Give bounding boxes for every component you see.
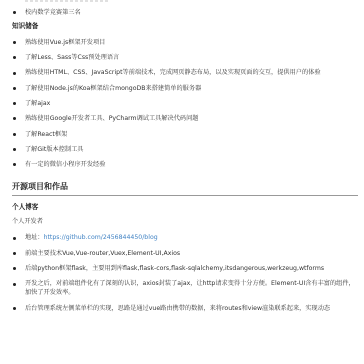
project-role: 个人开发者 — [12, 217, 358, 226]
education-list: 校内数学竞赛第三名 — [12, 8, 358, 23]
list-item: 了解React框架 — [12, 130, 358, 145]
list-item: 熟练使用Vue.js框架开发项目 — [12, 38, 358, 53]
github-link[interactable]: https://github.com/2456844450/blog — [44, 234, 158, 241]
list-item: 后台管理系统左侧菜单栏的实现，思路是通过vue路由携带的数据，来将routes和… — [12, 304, 358, 313]
project-details-list: 地址：https://github.com/2456844450/blog 前端… — [12, 233, 358, 312]
address-label: 地址： — [25, 234, 44, 241]
project-address-item: 地址：https://github.com/2456844450/blog — [12, 233, 358, 242]
list-item: 了解Git版本控制工具 — [12, 145, 358, 160]
list-item: 后端python框架flask，主要用到库flask,flask-cors,fl… — [12, 264, 358, 273]
list-item: 熟练使用HTML、CSS、JavaScript等前端技术，完成网页静态布局，以及… — [12, 68, 358, 83]
resume-page: 校内数学竞赛第三名 知识储备 熟练使用Vue.js框架开发项目 了解Less、S… — [12, 0, 358, 319]
project-title: 个人博客 — [12, 203, 358, 212]
list-item: 了解Less、Sass等Css预处理语言 — [12, 53, 358, 68]
list-item: 开发之后，对前端组件化有了深刻的认识，axios封装了ajax，让http请求变… — [12, 279, 358, 297]
skills-list: 熟练使用Vue.js框架开发项目 了解Less、Sass等Css预处理语言 熟练… — [12, 38, 358, 176]
list-item: 前端主要技术Vue,Vue-router,Vuex,Element-UI,Axi… — [12, 249, 358, 258]
list-item: 有一定的微信小程序开发经验 — [12, 160, 358, 175]
list-item: 了解ajax — [12, 99, 358, 114]
list-item: 熟练使用Google开发者工具、PyCharm调试工具解决代码问题 — [12, 114, 358, 129]
list-item: 了解使用Node.js的Koa框架结合mongoDB来搭建简单的服务器 — [12, 84, 358, 99]
list-item: 校内数学竞赛第三名 — [12, 8, 358, 23]
skills-heading: 知识储备 — [12, 22, 358, 31]
projects-heading: 开源项目和作品 — [12, 181, 358, 196]
spacer — [12, 0, 358, 2]
